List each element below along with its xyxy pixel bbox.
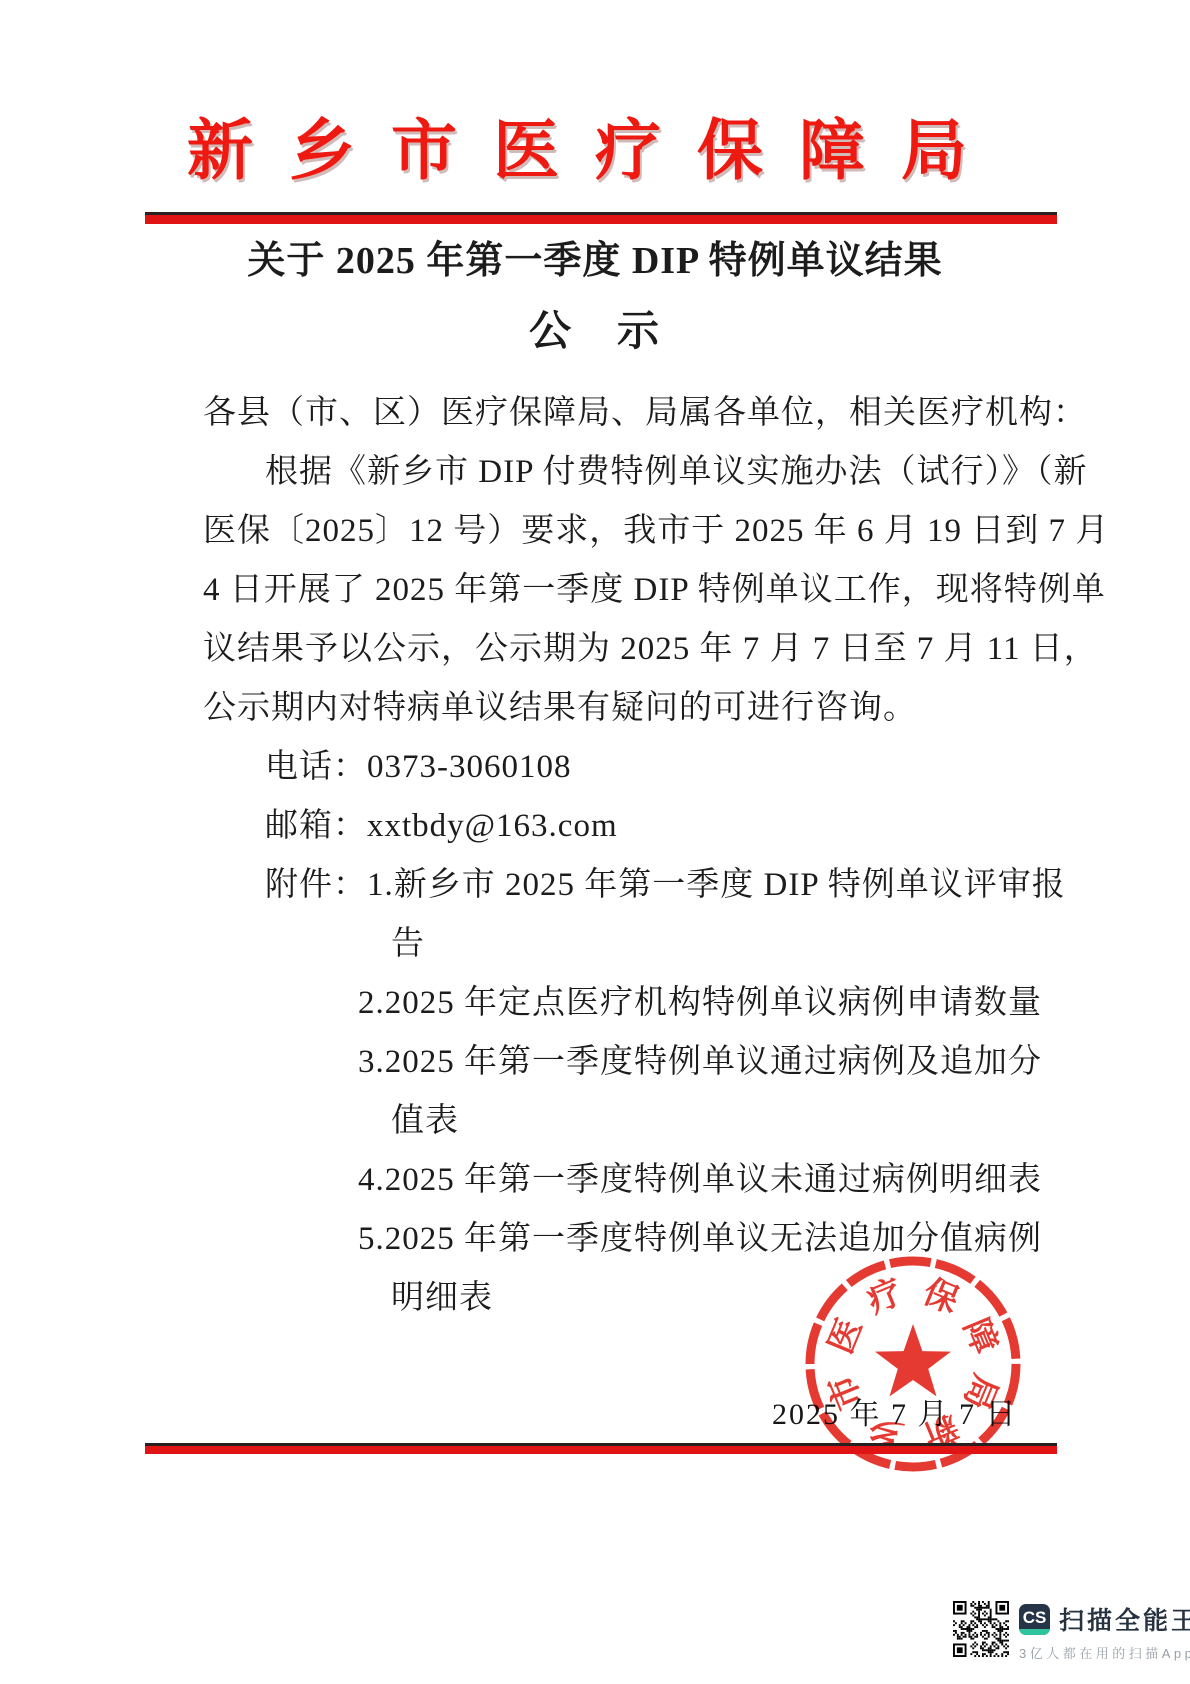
- qr-code-icon: [953, 1601, 1009, 1657]
- body-line: 各县（市、区）医疗保障局、局属各单位，相关医疗机构：: [203, 384, 1109, 443]
- document-title-line1: 关于 2025 年第一季度 DIP 特例单议结果: [0, 236, 1190, 286]
- body-line: 附件：1.新乡市 2025 年第一季度 DIP 特例单议评审报: [265, 856, 1109, 915]
- camscanner-logo-strip: [1019, 1629, 1050, 1635]
- document-body: 各县（市、区）医疗保障局、局属各单位，相关医疗机构： 根据《新乡市 DIP 付费…: [203, 384, 1109, 1328]
- document-page: 新乡市医疗保障局 关于 2025 年第一季度 DIP 特例单议结果 公 示 各县…: [0, 0, 1190, 1684]
- body-line: 公示期内对特病单议结果有疑问的可进行咨询。: [203, 679, 1109, 738]
- document-title-line2: 公 示: [0, 298, 1190, 358]
- body-line: 明细表: [391, 1269, 1109, 1328]
- camscanner-app-name: 扫描全能王: [1059, 1601, 1190, 1637]
- body-line: 2.2025 年定点医疗机构特例单议病例申请数量: [358, 974, 1109, 1033]
- issue-date: 2025 年 7 月 7 日: [772, 1389, 1018, 1433]
- body-line: 5.2025 年第一季度特例单议无法追加分值病例: [358, 1210, 1109, 1269]
- camscanner-branding: CS 扫描全能王 3亿人都在用的扫描App: [1019, 1601, 1190, 1662]
- document-title: 关于 2025 年第一季度 DIP 特例单议结果 公 示: [0, 236, 1190, 358]
- camscanner-logo-icon: CS: [1019, 1604, 1050, 1635]
- camscanner-tagline: 3亿人都在用的扫描App: [1019, 1643, 1190, 1662]
- letterhead-divider: [145, 212, 1057, 224]
- body-line: 告: [391, 915, 1109, 974]
- body-line: 医保〔2025〕12 号）要求，我市于 2025 年 6 月 19 日到 7 月: [203, 502, 1109, 561]
- body-line: 邮箱：xxtbdy@163.com: [265, 797, 1109, 856]
- body-line: 4 日开展了 2025 年第一季度 DIP 特例单议工作，现将特例单: [203, 561, 1109, 620]
- body-line: 值表: [391, 1092, 1109, 1151]
- body-line: 4.2025 年第一季度特例单议未通过病例明细表: [358, 1151, 1109, 1210]
- body-line: 3.2025 年第一季度特例单议通过病例及追加分: [358, 1033, 1109, 1092]
- footer-divider: [145, 1443, 1057, 1454]
- agency-letterhead: 新乡市医疗保障局: [0, 110, 1190, 194]
- body-line: 根据《新乡市 DIP 付费特例单议实施办法（试行）》（新: [265, 443, 1109, 502]
- body-line: 议结果予以公示，公示期为 2025 年 7 月 7 日至 7 月 11 日，: [203, 620, 1109, 679]
- body-line: 电话：0373-3060108: [265, 738, 1109, 797]
- camscanner-watermark: CS 扫描全能王 3亿人都在用的扫描App: [953, 1601, 1190, 1662]
- camscanner-logo-text: CS: [1023, 1608, 1047, 1627]
